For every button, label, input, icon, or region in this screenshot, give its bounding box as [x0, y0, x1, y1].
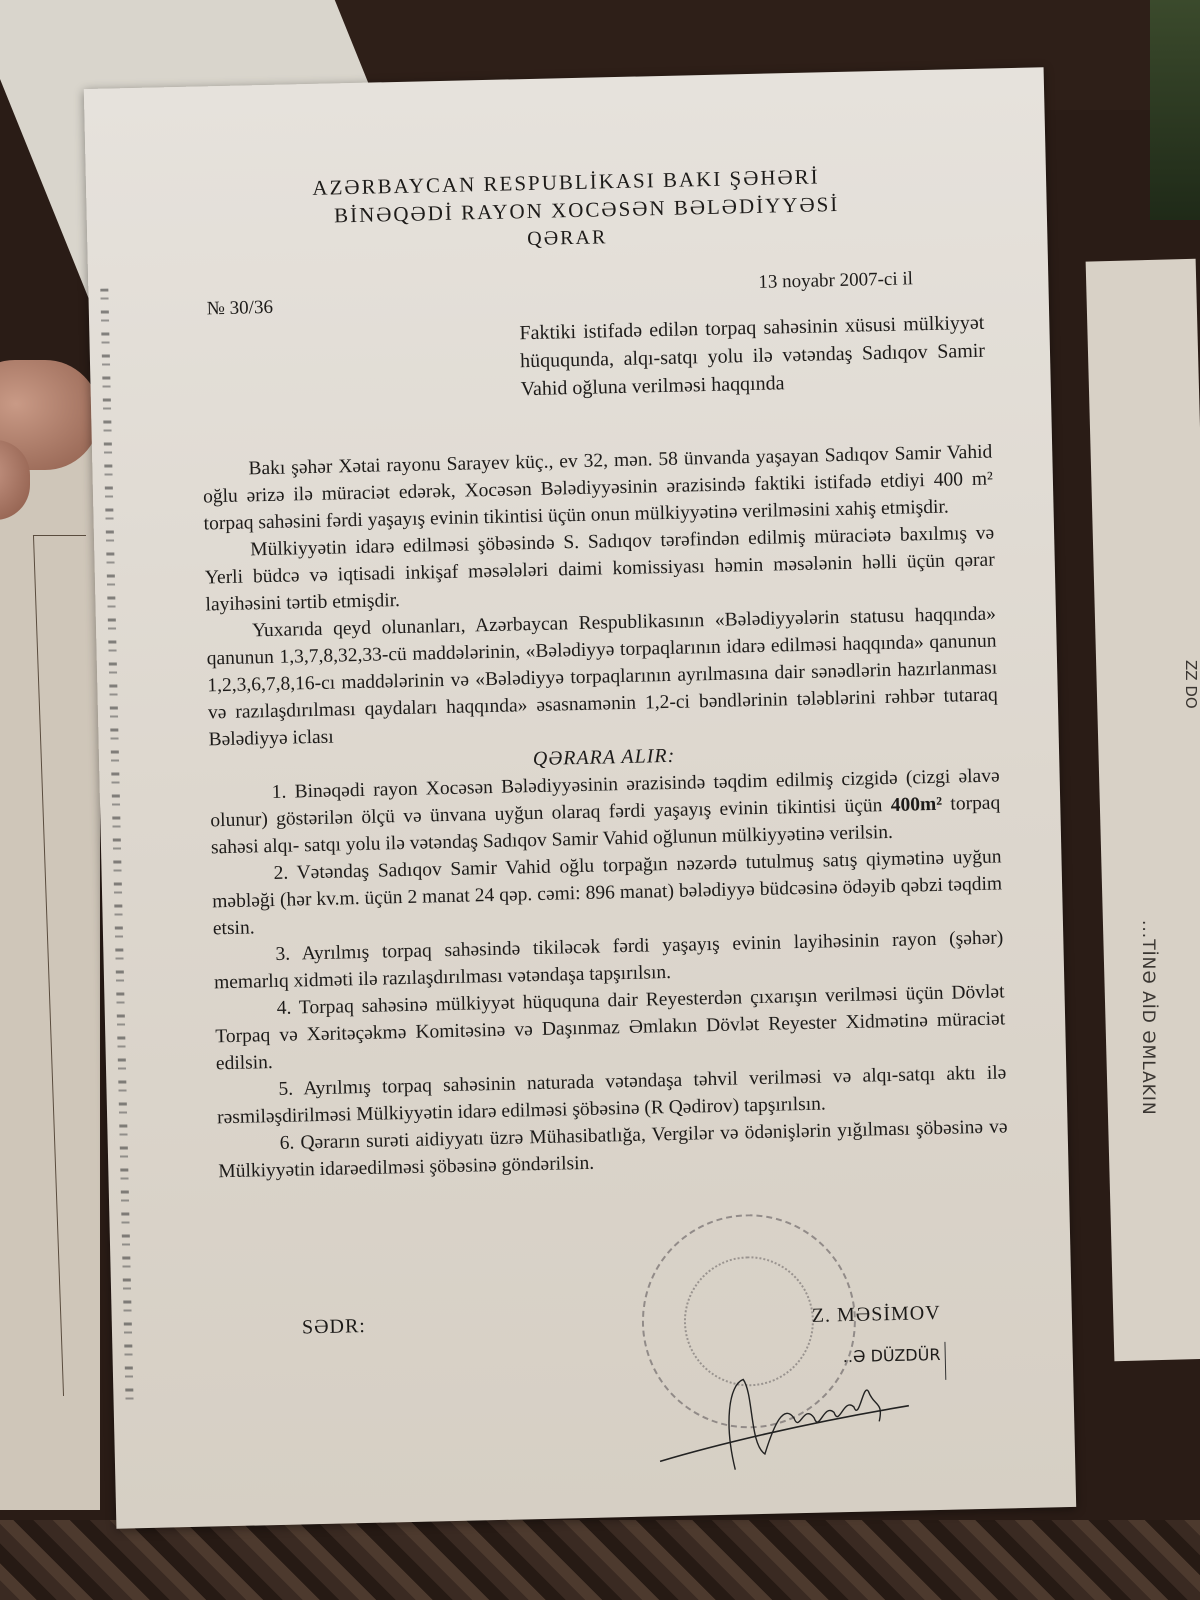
background-carpet [0, 1520, 1200, 1600]
document-page: AZƏRBAYCAN RESPUBLİKASI BAKI ŞƏHƏRİ BİNƏ… [84, 67, 1076, 1528]
document-date: 13 noyabr 2007-ci il [758, 268, 913, 294]
resolution-items: 1. Binəqədi rayon Xocəsən Bələdiyyəsinin… [210, 762, 1009, 1185]
handwritten-signature [653, 1361, 915, 1477]
document-body: Bakı şəhər Xətai rayonu Sarayev küç., ev… [202, 439, 1008, 1186]
background-sheet-text: ...TİNƏ AİD ƏMLAKIN [1118, 920, 1158, 1260]
chair-name: Z. MƏSİMOV [812, 1302, 941, 1328]
document-header: AZƏRBAYCAN RESPUBLİKASI BAKI ŞƏHƏRİ BİNƏ… [86, 157, 1048, 263]
background-object [1150, 0, 1200, 220]
chair-label: SƏDR: [302, 1315, 366, 1339]
document-subject: Faktiki istifadə edilən torpaq sahəsinin… [519, 309, 986, 404]
paragraph: Yuxarıda qeyd olunanları, Azərbaycan Res… [206, 601, 999, 754]
document-content: AZƏRBAYCAN RESPUBLİKASI BAKI ŞƏHƏRİ BİNƏ… [84, 67, 1076, 1528]
document-number: № 30/36 [207, 297, 274, 320]
background-sheet-text-top: ZZ DO [1170, 660, 1200, 740]
